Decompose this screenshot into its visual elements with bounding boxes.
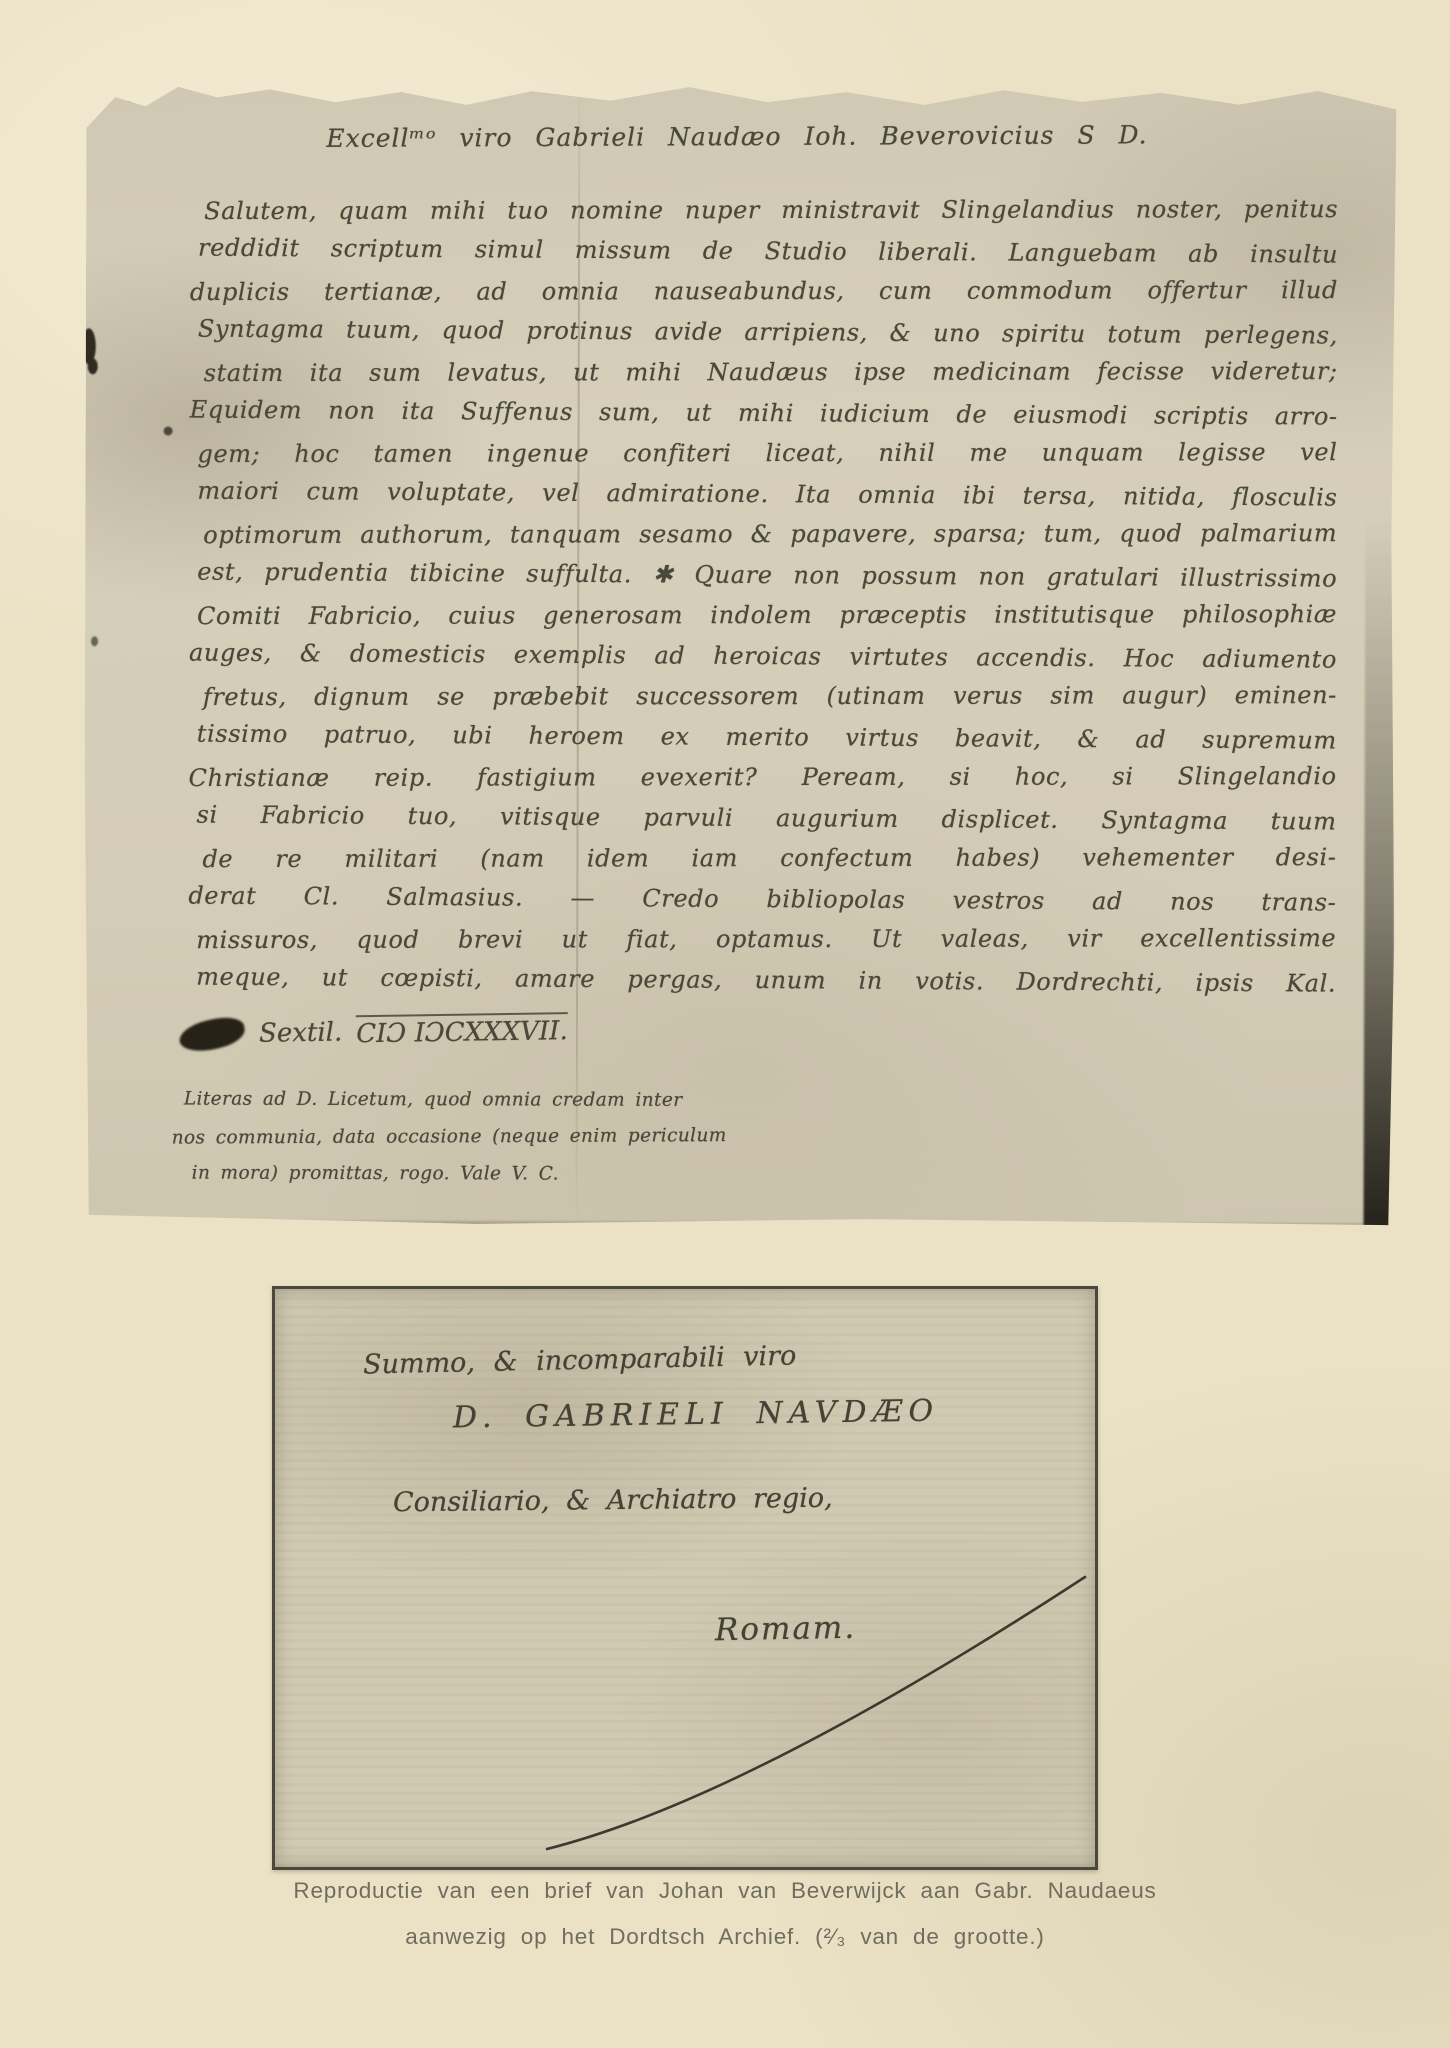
letter-right-edge-shadow [1363,517,1395,1230]
ink-blot [177,1015,247,1055]
letter-line: optimorum authorum, tanquam sesamo & pap… [203,519,1337,561]
postscript-line: nos communia, data occasione (neque enim… [172,1125,744,1164]
letter-line: gem; hoc tamen ingenue confiteri liceat,… [197,438,1337,480]
letter-line: duplicis tertianæ, ad omnia nauseabundus… [190,276,1338,319]
flourish-stroke [275,1289,1095,1867]
ink-stain [164,426,173,435]
letter-line: Comiti Fabricio, cuius generosam indolem… [197,600,1337,642]
letter-line: fretus, dignum se præbebit successorem (… [203,681,1337,723]
caption-line-2: aanwezig op het Dordtsch Archief. (²⁄₃ v… [0,1924,1450,1950]
letter-line: Christianæ reip. fastigium evexerit? Per… [189,762,1337,805]
letter-line: reddidit scriptum simul missum de Studio… [198,233,1338,280]
postscript-line: Literas ad D. Licetum, quod omnia credam… [184,1089,744,1127]
caption-line-1: Reproductie van een brief van Johan van … [0,1878,1450,1904]
letter-line: derat Cl. Salmasius. — Credo bibliopolas… [188,881,1336,929]
postscript-line: in mora) promittas, rogo. Vale V. C. [192,1163,744,1201]
paper-tear-mark [126,94,138,101]
letter-heading: Excellᵐᵒ viro Gabrieli Naudæo Ioh. Bever… [326,120,1176,153]
letter-line: si Fabricio tuo, vitisque parvuli auguri… [196,800,1336,847]
envelope-photo: Summo, & incomparabili viro D. GABRIELI … [272,1286,1098,1870]
ink-stain [88,358,98,374]
letter-line: auges, & domesticis exemplis ad heroicas… [189,638,1337,686]
letter-line: Equidem non ita Suffenus sum, ut mihi iu… [190,395,1338,443]
letter-line: maiori cum voluptate, vel admiratione. I… [197,476,1337,523]
letter-line: Syntagma tuum, quod protinus avide arrip… [198,314,1338,361]
ink-stain [91,636,98,646]
date-word: Sextil. [259,1018,343,1049]
letter-line: statim ita sum levatus, ut mihi Naudæus … [204,357,1338,399]
date-numerals: CIƆ IƆCXXXVII. [356,1012,568,1049]
letter-body: Salutem, quam mihi tuo nomine nuper mini… [196,195,1338,1008]
letter-photo: Excellᵐᵒ viro Gabrieli Naudæo Ioh. Bever… [83,76,1396,1229]
letter-line: de re militari (nam idem iam confectum h… [202,843,1336,885]
letter-line: tissimo patruo, ubi heroem ex merito vir… [197,719,1337,766]
letter-date-line: Sextil. CIƆ IƆCXXXVII. [179,1012,568,1052]
letter-line: meque, ut cœpisti, amare pergas, unum in… [196,962,1336,1009]
letter-postscript: Literas ad D. Licetum, quod omnia credam… [184,1089,744,1201]
letter-line: missuros, quod brevi ut fiat, optamus. U… [196,924,1336,966]
letter-line: est, prudentia tibicine suffulta. ✱ Quar… [197,557,1337,604]
letter-bottom-edge-shadow [83,1218,1393,1229]
letter-line: Salutem, quam mihi tuo nomine nuper mini… [204,195,1338,237]
